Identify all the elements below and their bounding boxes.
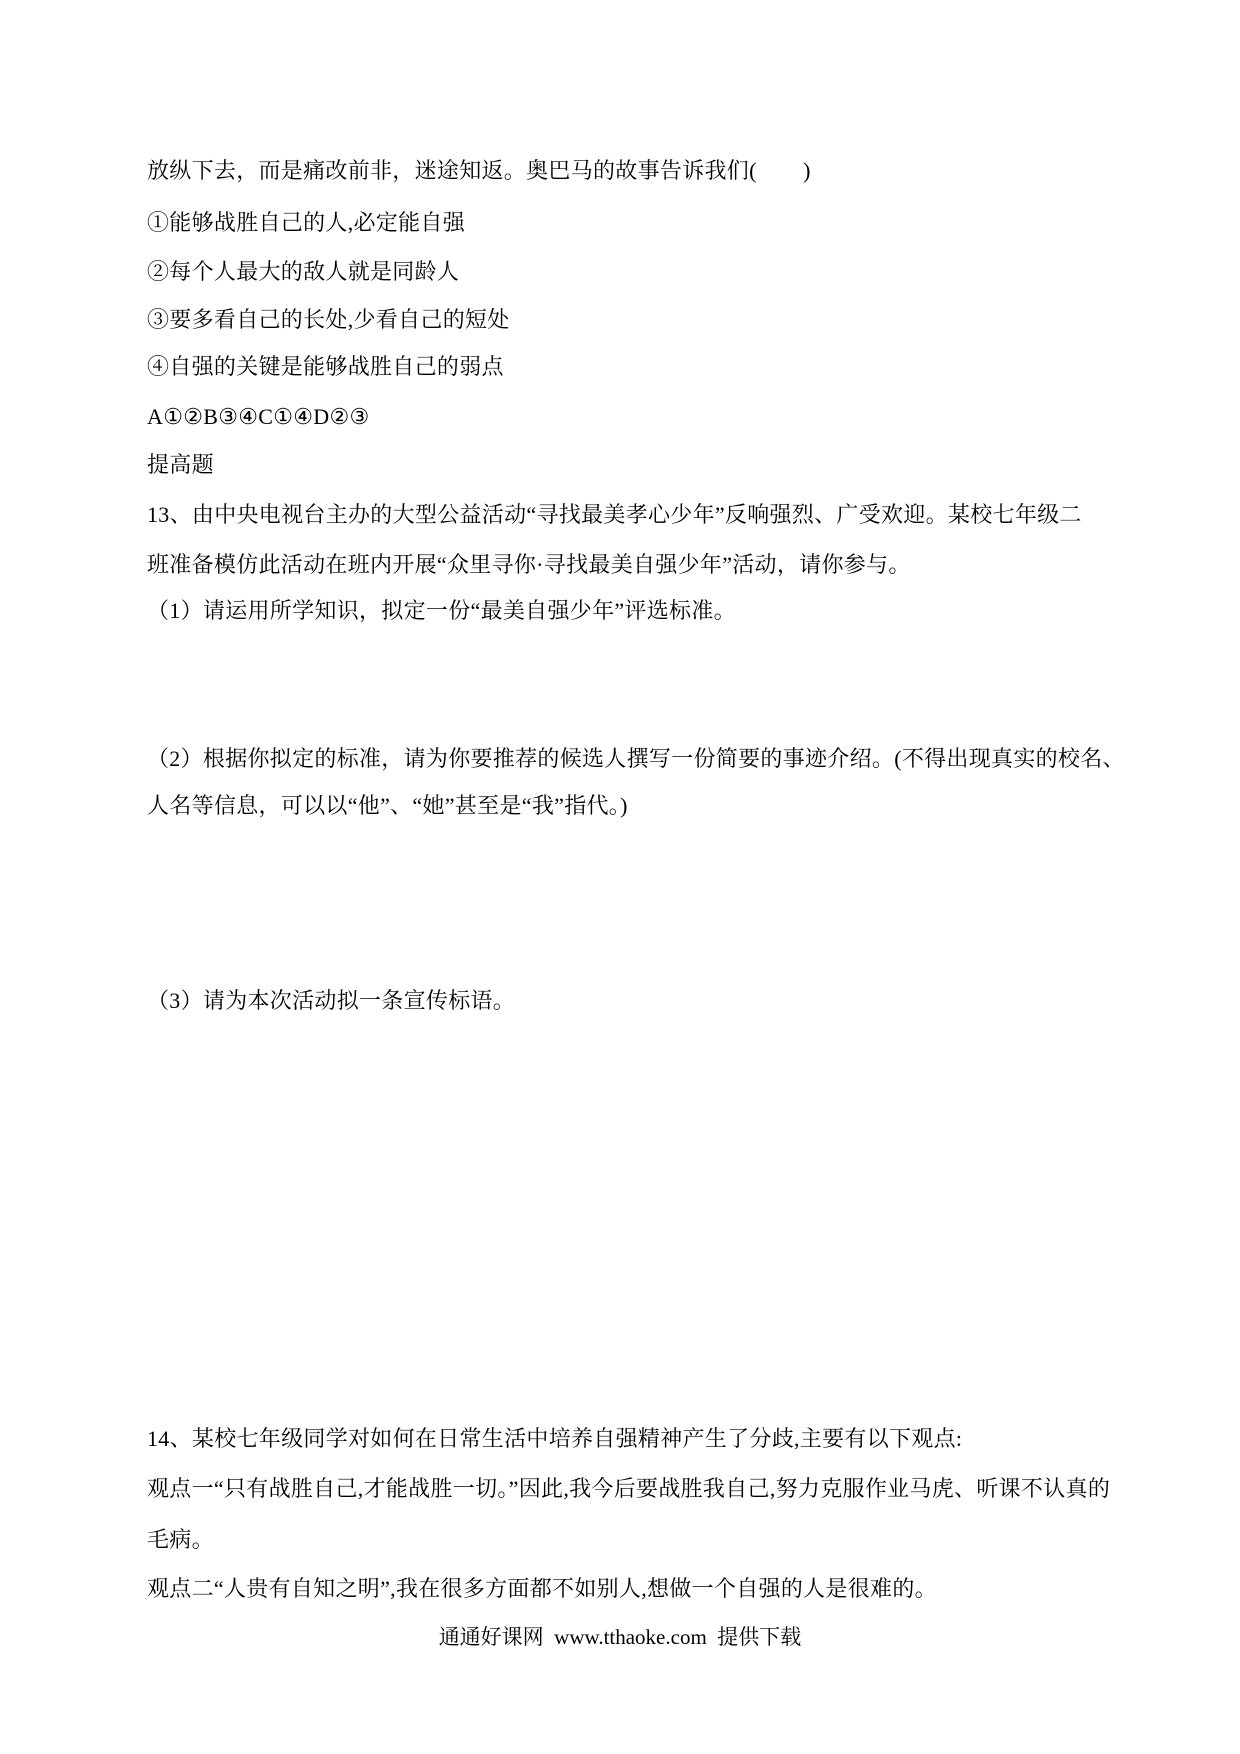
q14-stem: 14、某校七年级同学对如何在日常生活中培养自强精神产生了分歧,主要有以下观点:: [147, 1424, 1100, 1454]
q13-part3: （3）请为本次活动拟一条宣传标语。: [147, 986, 1100, 1016]
q13-stem-line-2: 班准备模仿此活动在班内开展“众里寻你·寻找最美自强少年”活动，请你参与。: [147, 550, 1100, 580]
q13-part2-line-1: （2）根据你拟定的标准，请为你要推荐的候选人撰写一份简要的事迹介绍。(不得出现真…: [147, 744, 1100, 774]
q12-option-2: ②每个人最大的敌人就是同龄人: [147, 257, 1100, 287]
q13-part2-line-2: 人名等信息，可以以“他”、“她”甚至是“我”指代。): [147, 791, 1100, 821]
q12-stem-continuation: 放纵下去，而是痛改前非，迷途知返。奥巴马的故事告诉我们( ): [147, 156, 1100, 186]
q14-viewpoint1-line-2: 毛病。: [147, 1525, 1100, 1555]
q14-viewpoint2: 观点二“人贵有自知之明”,我在很多方面都不如别人,想做一个自强的人是很难的。: [147, 1574, 1100, 1604]
q12-option-1: ①能够战胜自己的人,必定能自强: [147, 208, 1100, 238]
q12-option-4: ④自强的关键是能够战胜自己的弱点: [147, 352, 1100, 382]
q14-viewpoint1-line-1: 观点一“只有战胜自己,才能战胜一切。”因此,我今后要战胜我自己,努力克服作业马虎…: [147, 1474, 1100, 1504]
q13-stem-line-1: 13、由中央电视台主办的大型公益活动“寻找最美孝心少年”反响强烈、广受欢迎。某校…: [147, 500, 1100, 530]
q12-option-3: ③要多看自己的长处,少看自己的短处: [147, 305, 1100, 335]
q13-part1: （1）请运用所学知识，拟定一份“最美自强少年”评选标准。: [147, 596, 1100, 626]
q12-answer-choices: A①②B③④C①④D②③: [147, 402, 1100, 432]
footer-watermark: 通通好课网 www.tthaoke.com 提供下载: [0, 1623, 1240, 1651]
section-header-advanced: 提高题: [147, 450, 1100, 480]
exam-worksheet-page: 放纵下去，而是痛改前非，迷途知返。奥巴马的故事告诉我们( ) ①能够战胜自己的人…: [0, 0, 1240, 1754]
